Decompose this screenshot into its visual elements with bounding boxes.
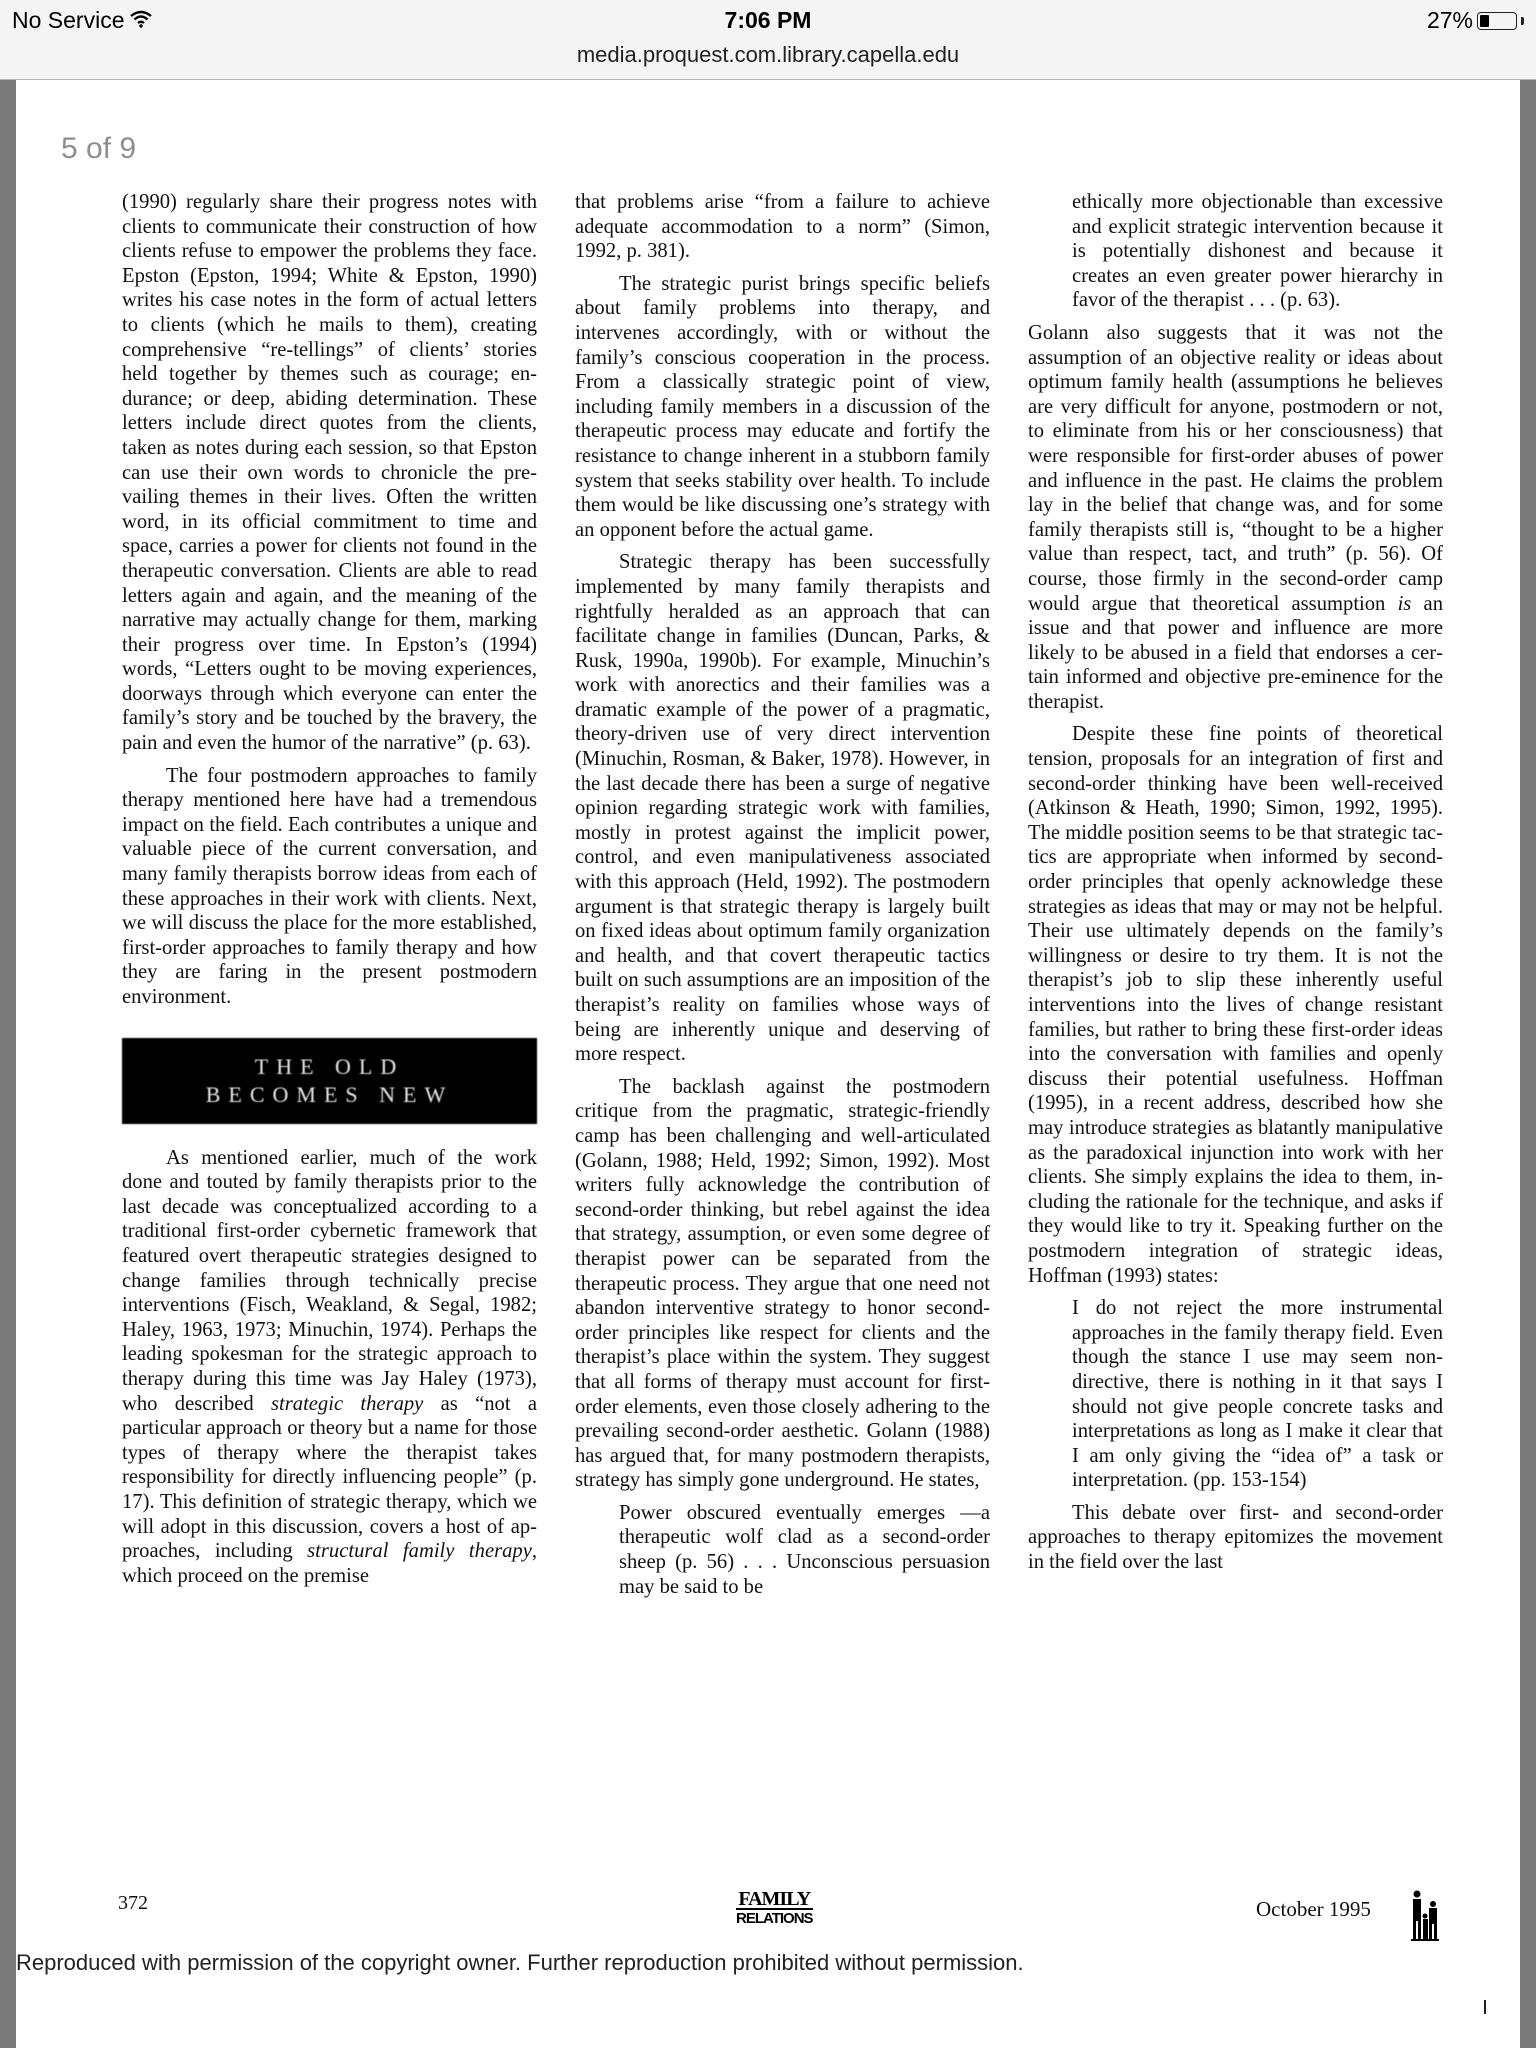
paragraph: Despite these fine points of theoret­ica… [1028, 722, 1443, 1288]
paragraph-text: Golann also suggests that it was not the… [1028, 322, 1443, 615]
block-quote: I do not reject the more instrumen­tal a… [1072, 1296, 1443, 1493]
journal-logo: FAMILY RELATIONS [736, 1890, 813, 1928]
section-heading-line1: THE OLD [255, 1053, 404, 1081]
paragraph-text: As mentioned earlier, much of the work d… [122, 1147, 537, 1415]
journal-logo-top: FAMILY [736, 1890, 813, 1910]
emphasis-term: strate­gic therapy [271, 1393, 423, 1415]
page-number: 372 [118, 1892, 148, 1915]
paragraph: This debate over first- and second-order… [1028, 1501, 1443, 1575]
paragraph: The four postmodern approaches to family… [122, 764, 537, 1010]
document-page[interactable]: 5 of 9 (1990) regularly share their prog… [16, 80, 1520, 2048]
block-quote: Power obscured eventually emerges —a the… [619, 1501, 990, 1599]
text-column-3: ethically more objectionable than excess… [1028, 190, 1443, 1575]
url-bar[interactable]: media.proquest.com.library.capella.edu [0, 42, 1536, 68]
paragraph: that problems arise “from a failure to a… [575, 190, 990, 264]
text-column-2: that problems arise “from a failure to a… [575, 190, 990, 1599]
paragraph-text: as “not a particular ap­proach or theory… [122, 1393, 537, 1563]
paragraph: (1990) regularly share their progress no… [122, 190, 537, 756]
battery-icon [1477, 12, 1517, 30]
status-bar: No Service 7:06 PM 27% media.proquest.co… [0, 0, 1536, 80]
paragraph: Golann also suggests that it was not the… [1028, 321, 1443, 715]
battery-percent: 27% [1427, 7, 1473, 34]
paragraph: The strategic purist brings specific bel… [575, 272, 990, 543]
section-heading-line2: BECOMES NEW [206, 1081, 454, 1109]
battery-status: 27% [1427, 7, 1524, 34]
copyright-notice: Reproduced with permission of the copyri… [16, 1950, 1024, 1976]
emphasis-term: structural family therapy [307, 1540, 532, 1562]
section-heading-banner: THE OLD BECOMES NEW [122, 1038, 537, 1124]
family-figures-icon [1408, 1890, 1442, 1947]
emphasis-term: is [1398, 593, 1412, 615]
page-counter: 5 of 9 [61, 132, 136, 166]
paragraph: Strategic therapy has been success­fully… [575, 550, 990, 1066]
battery-tip [1521, 17, 1524, 25]
text-column-1: (1990) regularly share their progress no… [122, 190, 537, 1588]
clock: 7:06 PM [0, 7, 1536, 34]
paragraph: As mentioned earlier, much of the work d… [122, 1146, 537, 1589]
scan-artifact [1484, 2000, 1486, 2014]
block-quote: ethically more objectionable than excess… [1072, 190, 1443, 313]
journal-logo-bottom: RELATIONS [736, 1910, 813, 1928]
paragraph: The backlash against the postmod­ern cri… [575, 1075, 990, 1493]
issue-date: October 1995 [1256, 1897, 1371, 1922]
